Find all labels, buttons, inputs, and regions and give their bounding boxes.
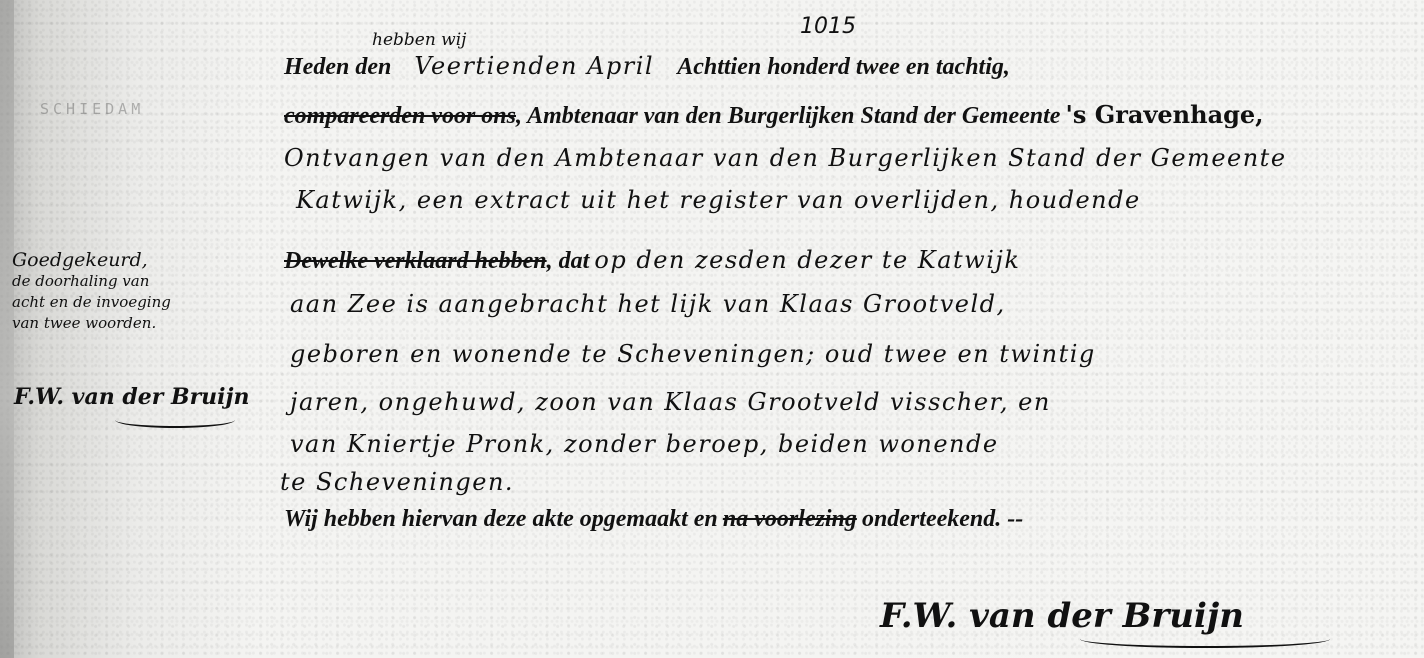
line-8: jaren, ongehuwd, zoon van Klaas Grootvel… <box>290 388 1051 416</box>
line-1: Heden den Veertienden April Achttien hon… <box>284 52 1010 81</box>
margin-note-line: van twee woorden. <box>12 313 282 334</box>
line-4: Katwijk, een extract uit het register va… <box>296 186 1141 214</box>
line-11: Wij hebben hiervan deze akte opgemaakt e… <box>284 506 1023 533</box>
line-3: Ontvangen van den Ambtenaar van den Burg… <box>284 144 1287 172</box>
record-number: 1015 <box>800 14 856 39</box>
printed-text: , dat <box>547 248 590 274</box>
signature-flourish <box>115 412 235 428</box>
line-5: Dewelke verklaard hebben, dat op den zes… <box>284 246 1020 275</box>
handwritten-date: Veertienden April <box>414 52 654 80</box>
handwritten-text: op den zesden dezer te Katwijk <box>594 246 1020 274</box>
faint-stamp: SCHIEDAM <box>40 100 144 118</box>
margin-signature: F.W. van der Bruijn <box>14 384 249 410</box>
line-6: aan Zee is aangebracht het lijk van Klaa… <box>290 290 1006 318</box>
printed-text: , Ambtenaar van den Burgerlijken Stand d… <box>516 103 1060 129</box>
line-9: van Kniertje Pronk, zonder beroep, beide… <box>290 430 999 458</box>
margin-note-line: acht en de invoeging <box>12 292 282 313</box>
signature-flourish <box>1080 630 1330 648</box>
municipality-name: 's Gravenhage, <box>1066 100 1264 129</box>
margin-approval-note: Goedgekeurd, de doorhaling van acht en d… <box>12 250 282 334</box>
insertion-above: hebben wij <box>372 30 466 50</box>
line-10: te Scheveningen. <box>280 468 514 496</box>
struck-text: Dewelke verklaard hebben <box>284 248 547 274</box>
printed-year: Achttien honderd twee en tachtig, <box>677 54 1010 80</box>
margin-note-line: de doorhaling van <box>12 271 282 292</box>
printed-text-end: onderteekend. -- <box>862 506 1023 532</box>
printed-text: Heden den <box>284 54 391 80</box>
margin-note-line: Goedgekeurd, <box>12 250 282 271</box>
line-7: geboren en wonende te Scheveningen; oud … <box>290 340 1096 368</box>
struck-text: na voorlezing <box>723 506 857 532</box>
struck-text: compareerden voor ons <box>284 103 516 129</box>
printed-text: Wij hebben hiervan deze akte opgemaakt e… <box>284 506 718 532</box>
line-2: compareerden voor ons, Ambtenaar van den… <box>284 100 1264 130</box>
